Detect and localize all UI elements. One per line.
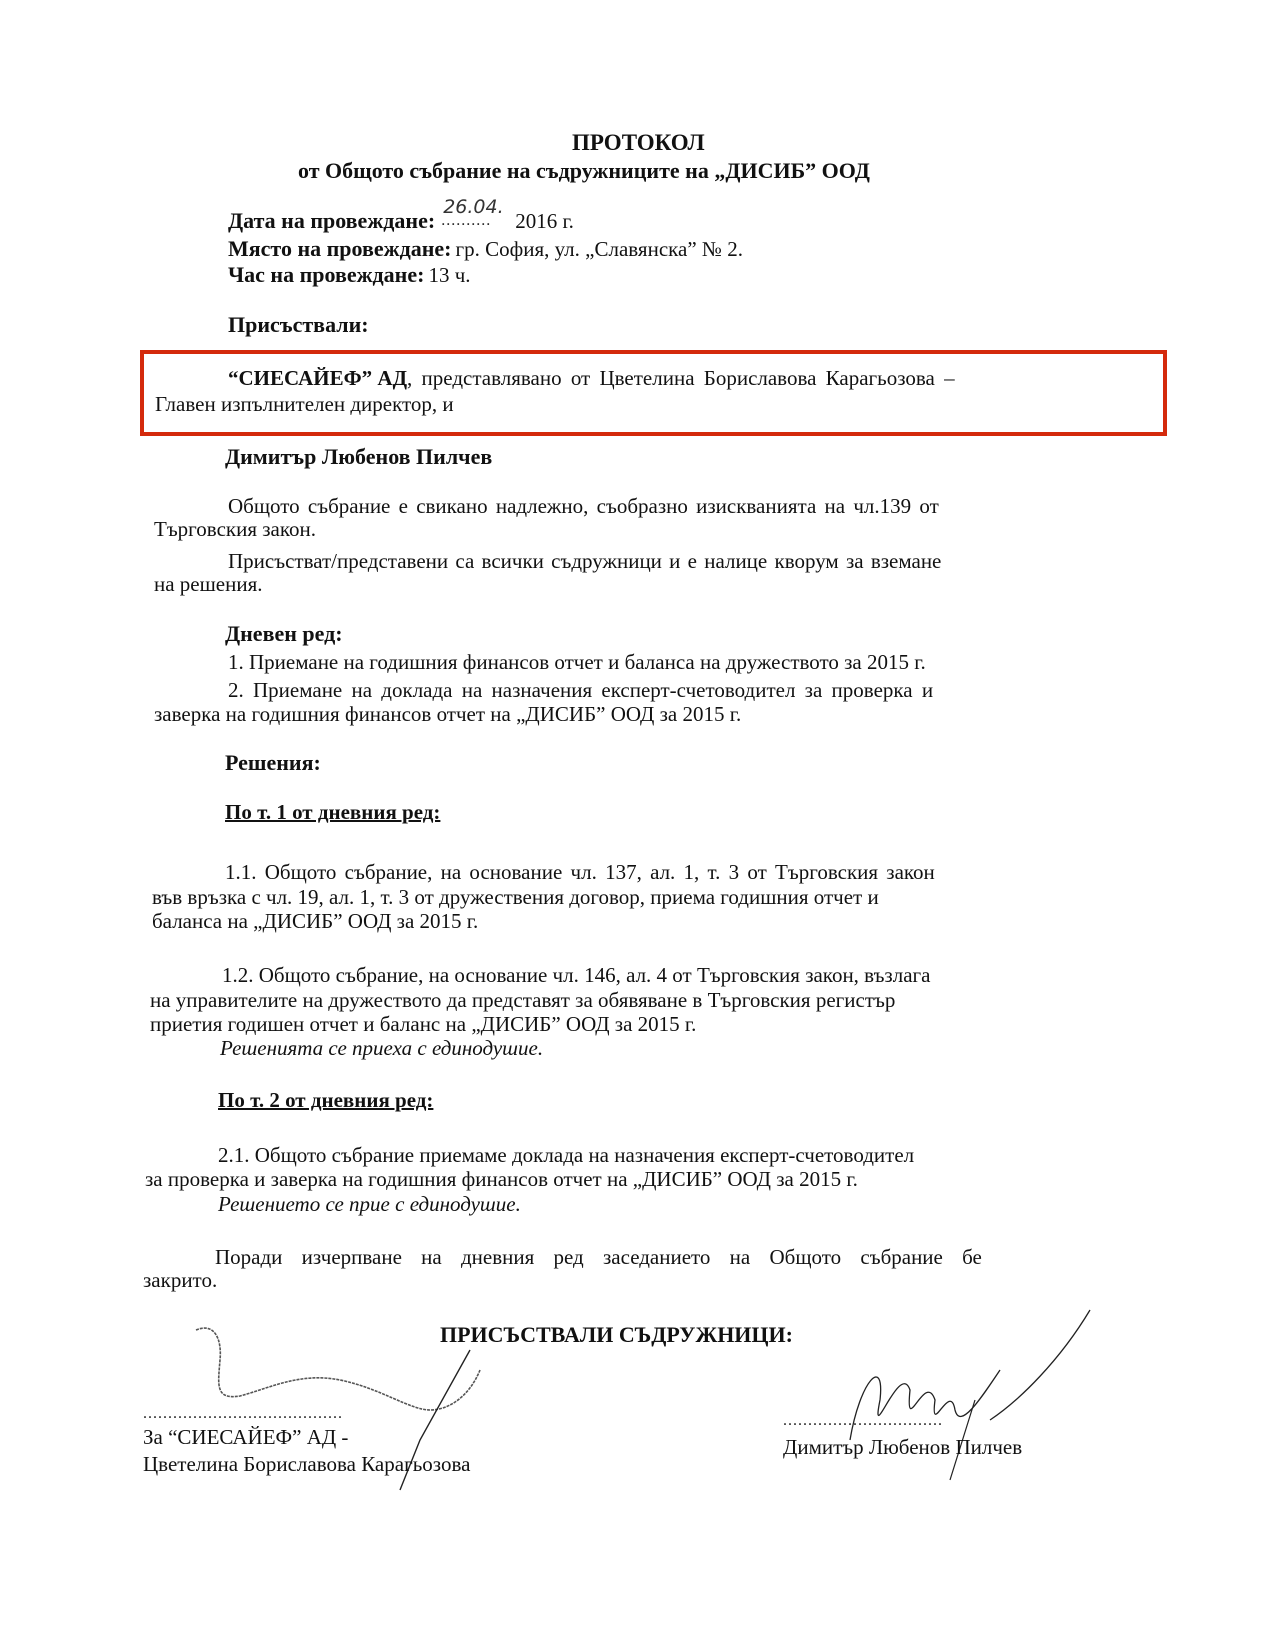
right-signature-line: ................................ [783,1412,943,1430]
left-signatory-name: Цветелина Бориславова Карагьозова [143,1452,470,1477]
right-signatory-name: Димитър Любенов Пилчев [783,1435,1022,1460]
signature-right-icon [0,0,1275,1650]
left-signatory-company: За “СИЕСАЙЕФ” АД - [143,1425,348,1450]
left-signature-line: ........................................ [143,1405,343,1423]
